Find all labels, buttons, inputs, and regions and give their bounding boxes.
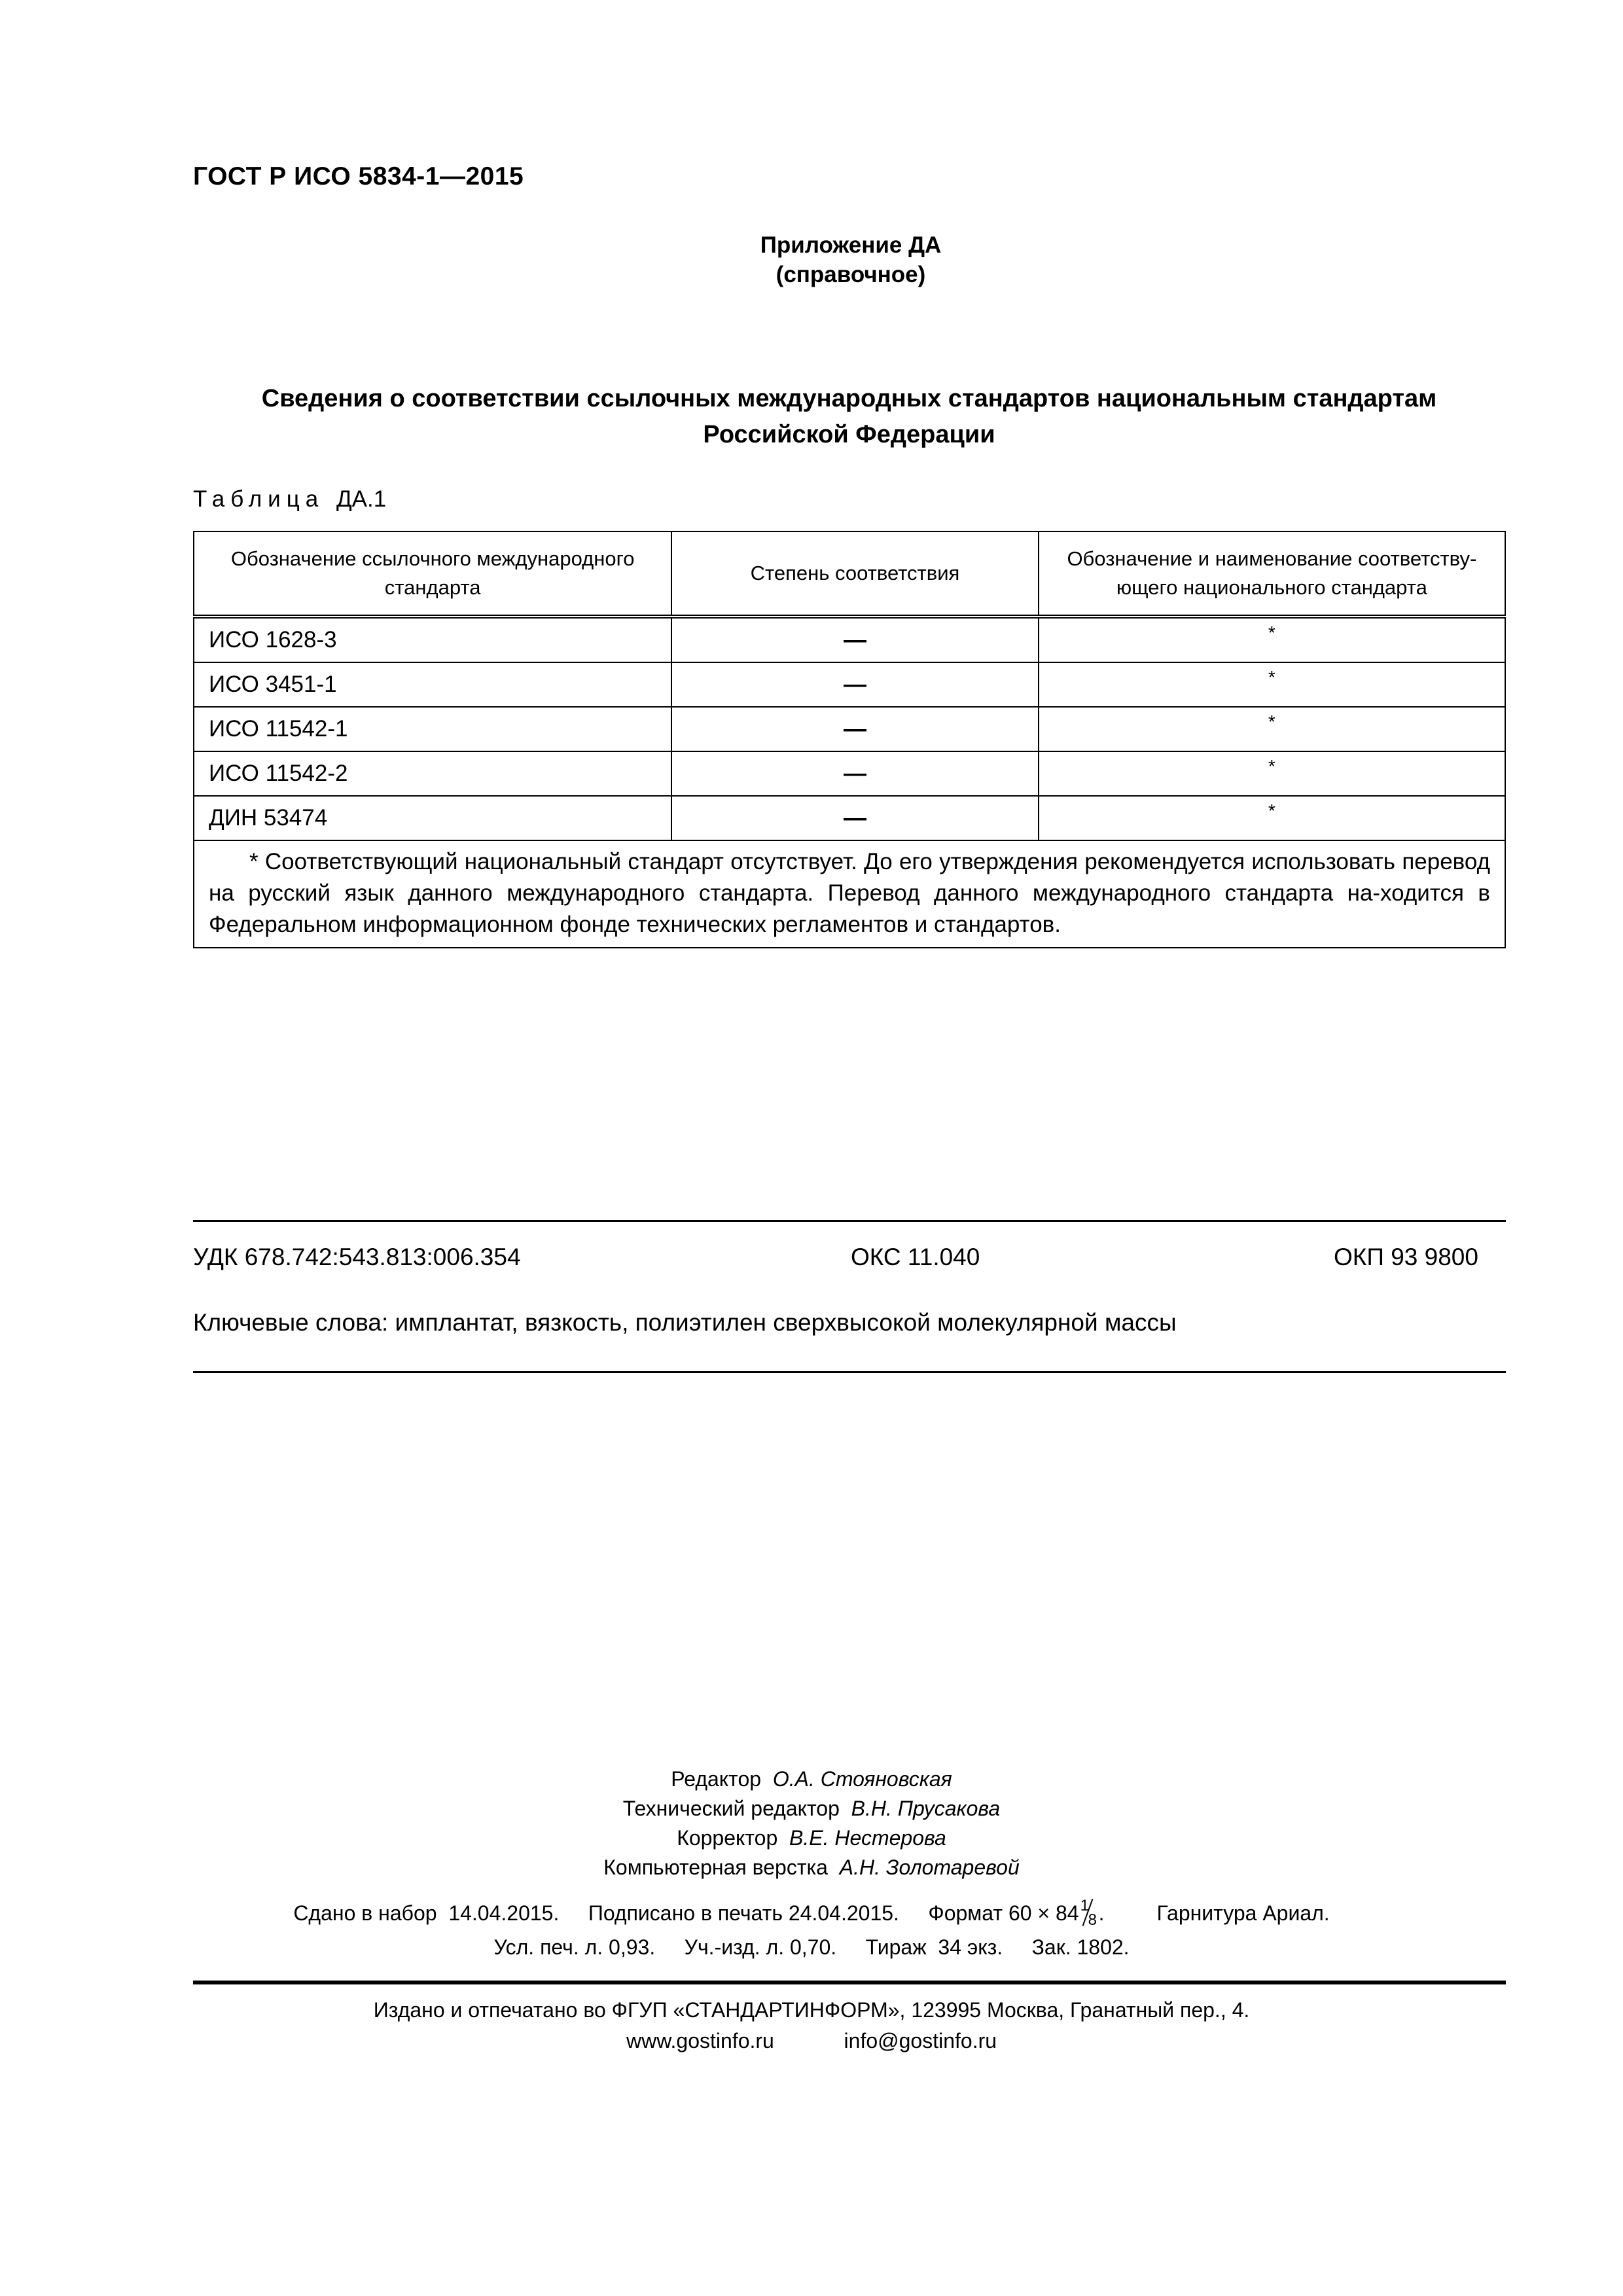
keywords: Ключевые слова: имплантат, вязкость, пол… — [193, 1309, 1177, 1336]
table-caption-number: ДА.1 — [336, 486, 386, 512]
credit-name: В.Е. Нестерова — [789, 1826, 946, 1850]
column-header-standard: Обозначение ссылочного международного ст… — [194, 531, 671, 617]
column-header-national: Обозначение и наименование соответству-ю… — [1039, 531, 1505, 617]
cell-national: * — [1039, 751, 1505, 796]
credit-role: Корректор — [677, 1826, 777, 1850]
credit-name: О.А. Стояновская — [773, 1767, 952, 1791]
imprint-line-1: Сдано в набор 14.04.2015. Подписано в пе… — [0, 1901, 1623, 1926]
credit-line: Корректор В.Е. Нестерова — [0, 1823, 1623, 1853]
cell-degree: — — [671, 796, 1038, 840]
cell-national: * — [1039, 617, 1505, 662]
table-row: ИСО 1628-3—* — [194, 617, 1505, 662]
annex-subtitle: (справочное) — [654, 262, 1047, 288]
credit-line: Редактор О.А. Стояновская — [0, 1765, 1623, 1794]
main-title-line-2: Российской Федерации — [193, 417, 1505, 453]
credit-role: Редактор — [671, 1767, 761, 1791]
okp-code: ОКП 93 9800 — [1334, 1244, 1478, 1271]
column-header-degree: Степень соответствия — [671, 531, 1038, 617]
cell-standard: ИСО 1628-3 — [194, 617, 671, 662]
website-link[interactable]: www.gostinfo.ru — [626, 2029, 774, 2053]
cell-degree: — — [671, 662, 1038, 707]
document-code: ГОСТ Р ИСО 5834-1—2015 — [193, 162, 524, 191]
main-title-line-1: Сведения о соответствии ссылочных междун… — [193, 381, 1505, 417]
table-row: ИСО 11542-1—* — [194, 707, 1505, 751]
format: Формат 60 × 8418. — [928, 1901, 1104, 1925]
edition-sheets: Уч.-изд. л. 0,70. — [685, 1935, 836, 1959]
table-header-row: Обозначение ссылочного международного ст… — [194, 531, 1505, 617]
classification-bottom-rule — [193, 1371, 1506, 1373]
classification-top-rule — [193, 1220, 1506, 1222]
circulation: Тираж 34 экз. — [866, 1935, 1003, 1959]
cell-national: * — [1039, 707, 1505, 751]
reference-standards-table: Обозначение ссылочного международного ст… — [193, 531, 1506, 948]
cell-national: * — [1039, 662, 1505, 707]
publisher-line: Издано и отпечатано во ФГУП «СТАНДАРТИНФ… — [0, 1998, 1623, 2022]
imprint-rule — [193, 1981, 1506, 1984]
credit-name: А.Н. Золотаревой — [840, 1856, 1020, 1879]
annex-title: Приложение ДА — [654, 232, 1047, 259]
table-caption-word: Таблица — [193, 486, 324, 512]
oks-code: ОКС 11.040 — [851, 1244, 980, 1271]
table-row: ИСО 11542-2—* — [194, 751, 1505, 796]
table-caption: Таблица ДА.1 — [193, 486, 386, 512]
cell-standard: ИСО 11542-2 — [194, 751, 671, 796]
imprint-line-2: Усл. печ. л. 0,93. Уч.-изд. л. 0,70. Тир… — [0, 1935, 1623, 1960]
credit-role: Технический редактор — [623, 1797, 840, 1820]
table-row: ИСО 3451-1—* — [194, 662, 1505, 707]
main-title: Сведения о соответствии ссылочных междун… — [193, 381, 1505, 453]
cell-standard: ДИН 53474 — [194, 796, 671, 840]
cell-national: * — [1039, 796, 1505, 840]
udk-code: УДК 678.742:543.813:006.354 — [193, 1244, 521, 1271]
signed-date: Подписано в печать 24.04.2015. — [588, 1901, 899, 1925]
table-row: ДИН 53474—* — [194, 796, 1505, 840]
credit-line: Компьютерная верстка А.Н. Золотаревой — [0, 1853, 1623, 1882]
typeface: Гарнитура Ариал. — [1157, 1901, 1330, 1925]
email-link[interactable]: info@gostinfo.ru — [844, 2029, 997, 2053]
table-footnote: * Соответствующий национальный стандарт … — [194, 840, 1505, 948]
print-sheets: Усл. печ. л. 0,93. — [493, 1935, 655, 1959]
credit-name: В.Н. Прусакова — [851, 1797, 1001, 1820]
publisher-contacts: www.gostinfo.ru info@gostinfo.ru — [0, 2029, 1623, 2053]
cell-degree: — — [671, 617, 1038, 662]
cell-degree: — — [671, 751, 1038, 796]
table-footnote-row: * Соответствующий национальный стандарт … — [194, 840, 1505, 948]
credit-line: Технический редактор В.Н. Прусакова — [0, 1794, 1623, 1823]
table-footnote-text: * Соответствующий национальный стандарт … — [209, 849, 1490, 937]
cell-degree: — — [671, 707, 1038, 751]
cell-standard: ИСО 11542-1 — [194, 707, 671, 751]
submitted-date: Сдано в набор 14.04.2015. — [293, 1901, 559, 1925]
order-number: Зак. 1802. — [1032, 1935, 1130, 1959]
credit-role: Компьютерная верстка — [603, 1856, 828, 1879]
credits-block: Редактор О.А. СтояновскаяТехнический ред… — [0, 1765, 1623, 1882]
cell-standard: ИСО 3451-1 — [194, 662, 671, 707]
